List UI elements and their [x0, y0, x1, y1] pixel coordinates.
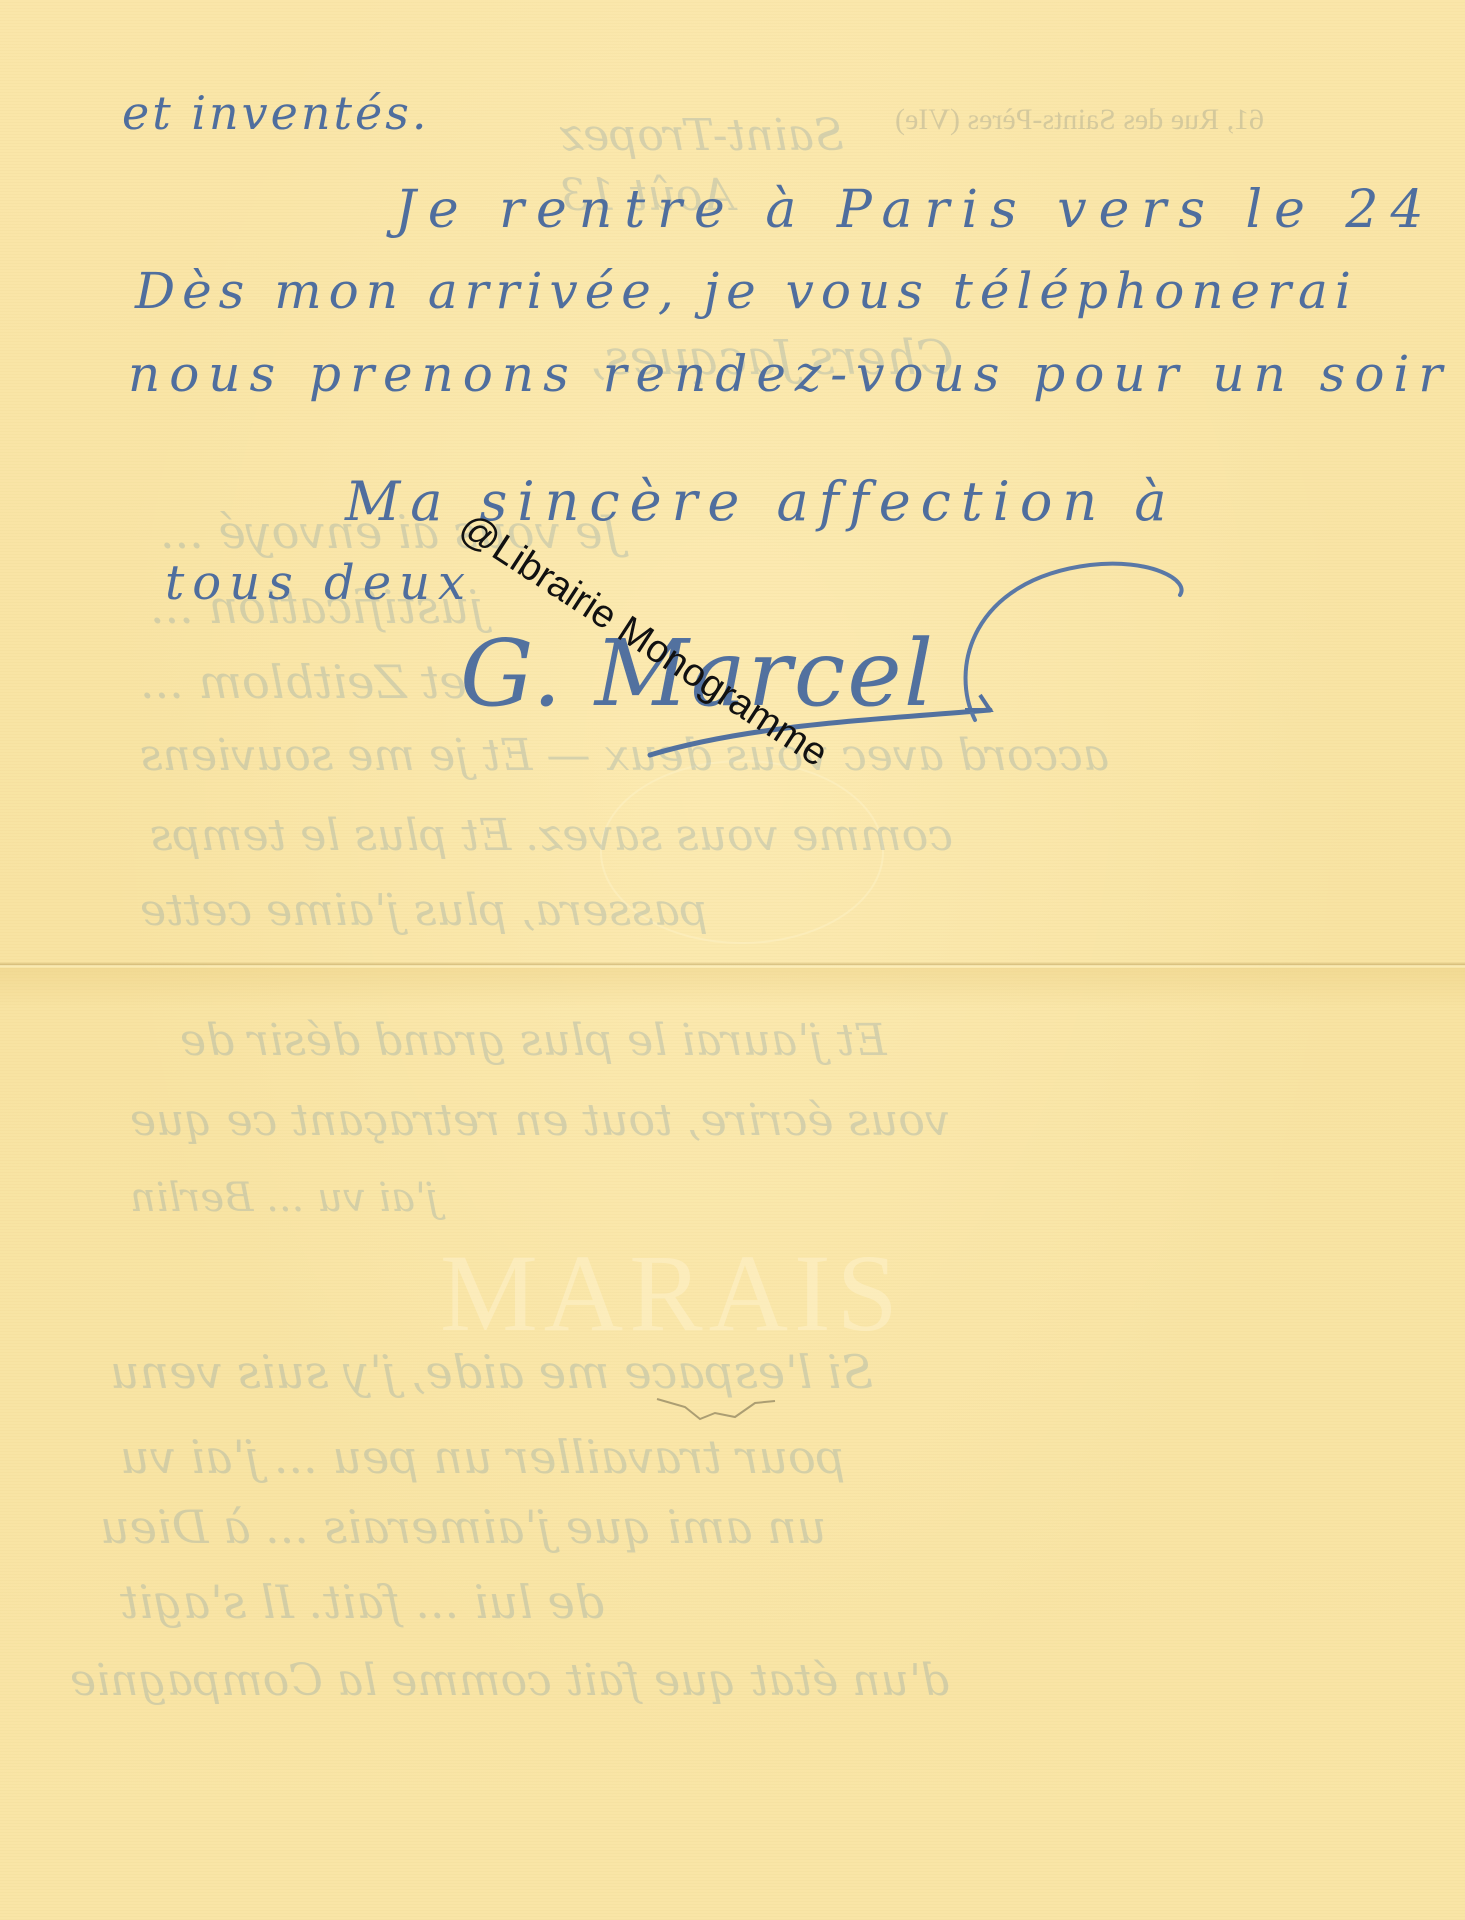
handwritten-line: Je rentre à Paris vers le 24 – [395, 180, 1465, 240]
handwritten-line: et inventés. [122, 86, 429, 140]
handwritten-line: tous deux [165, 555, 473, 611]
paper-tear [655, 1395, 815, 1425]
showthrough-line: et Zeitblom ... [140, 655, 467, 709]
paper-watermark: MARAIS [440, 1230, 904, 1357]
showthrough-line: Si l'espace me aide, j'y suis venu [110, 1345, 873, 1399]
handwritten-line: Dès mon arrivée, je vous téléphonerai [135, 262, 1358, 320]
showthrough-line: comme vous savez. Et plus le temps [150, 810, 953, 861]
showthrough-line: un ami que j'aimerais ... à Dieu [100, 1500, 826, 1554]
showthrough-line: d'un état que fait comme la Compagnie [70, 1655, 949, 1706]
showthrough-line: j'ai vu ... Berlin [130, 1175, 438, 1221]
fold-shadow [0, 968, 1465, 1008]
fold-crease [0, 962, 1465, 968]
showthrough-line: pour travailler un peu ... j'ai vu [120, 1430, 845, 1484]
showthrough-line: Saint-Tropez [560, 110, 844, 161]
showthrough-line: passera, plus j'aime cette [140, 885, 708, 936]
showthrough-line: de lui ... fait. Il s'agit [120, 1575, 604, 1629]
showthrough-line: Et j'aurai le plus grand désir de [180, 1015, 887, 1066]
handwritten-line: nous prenons rendez-vous pour un soir [128, 345, 1451, 403]
letterhead-showthrough: 61, Rue des Saints-Pères (VIe) [895, 103, 1264, 137]
showthrough-line: vous écrire, tout en retraçant ce que [130, 1095, 950, 1146]
